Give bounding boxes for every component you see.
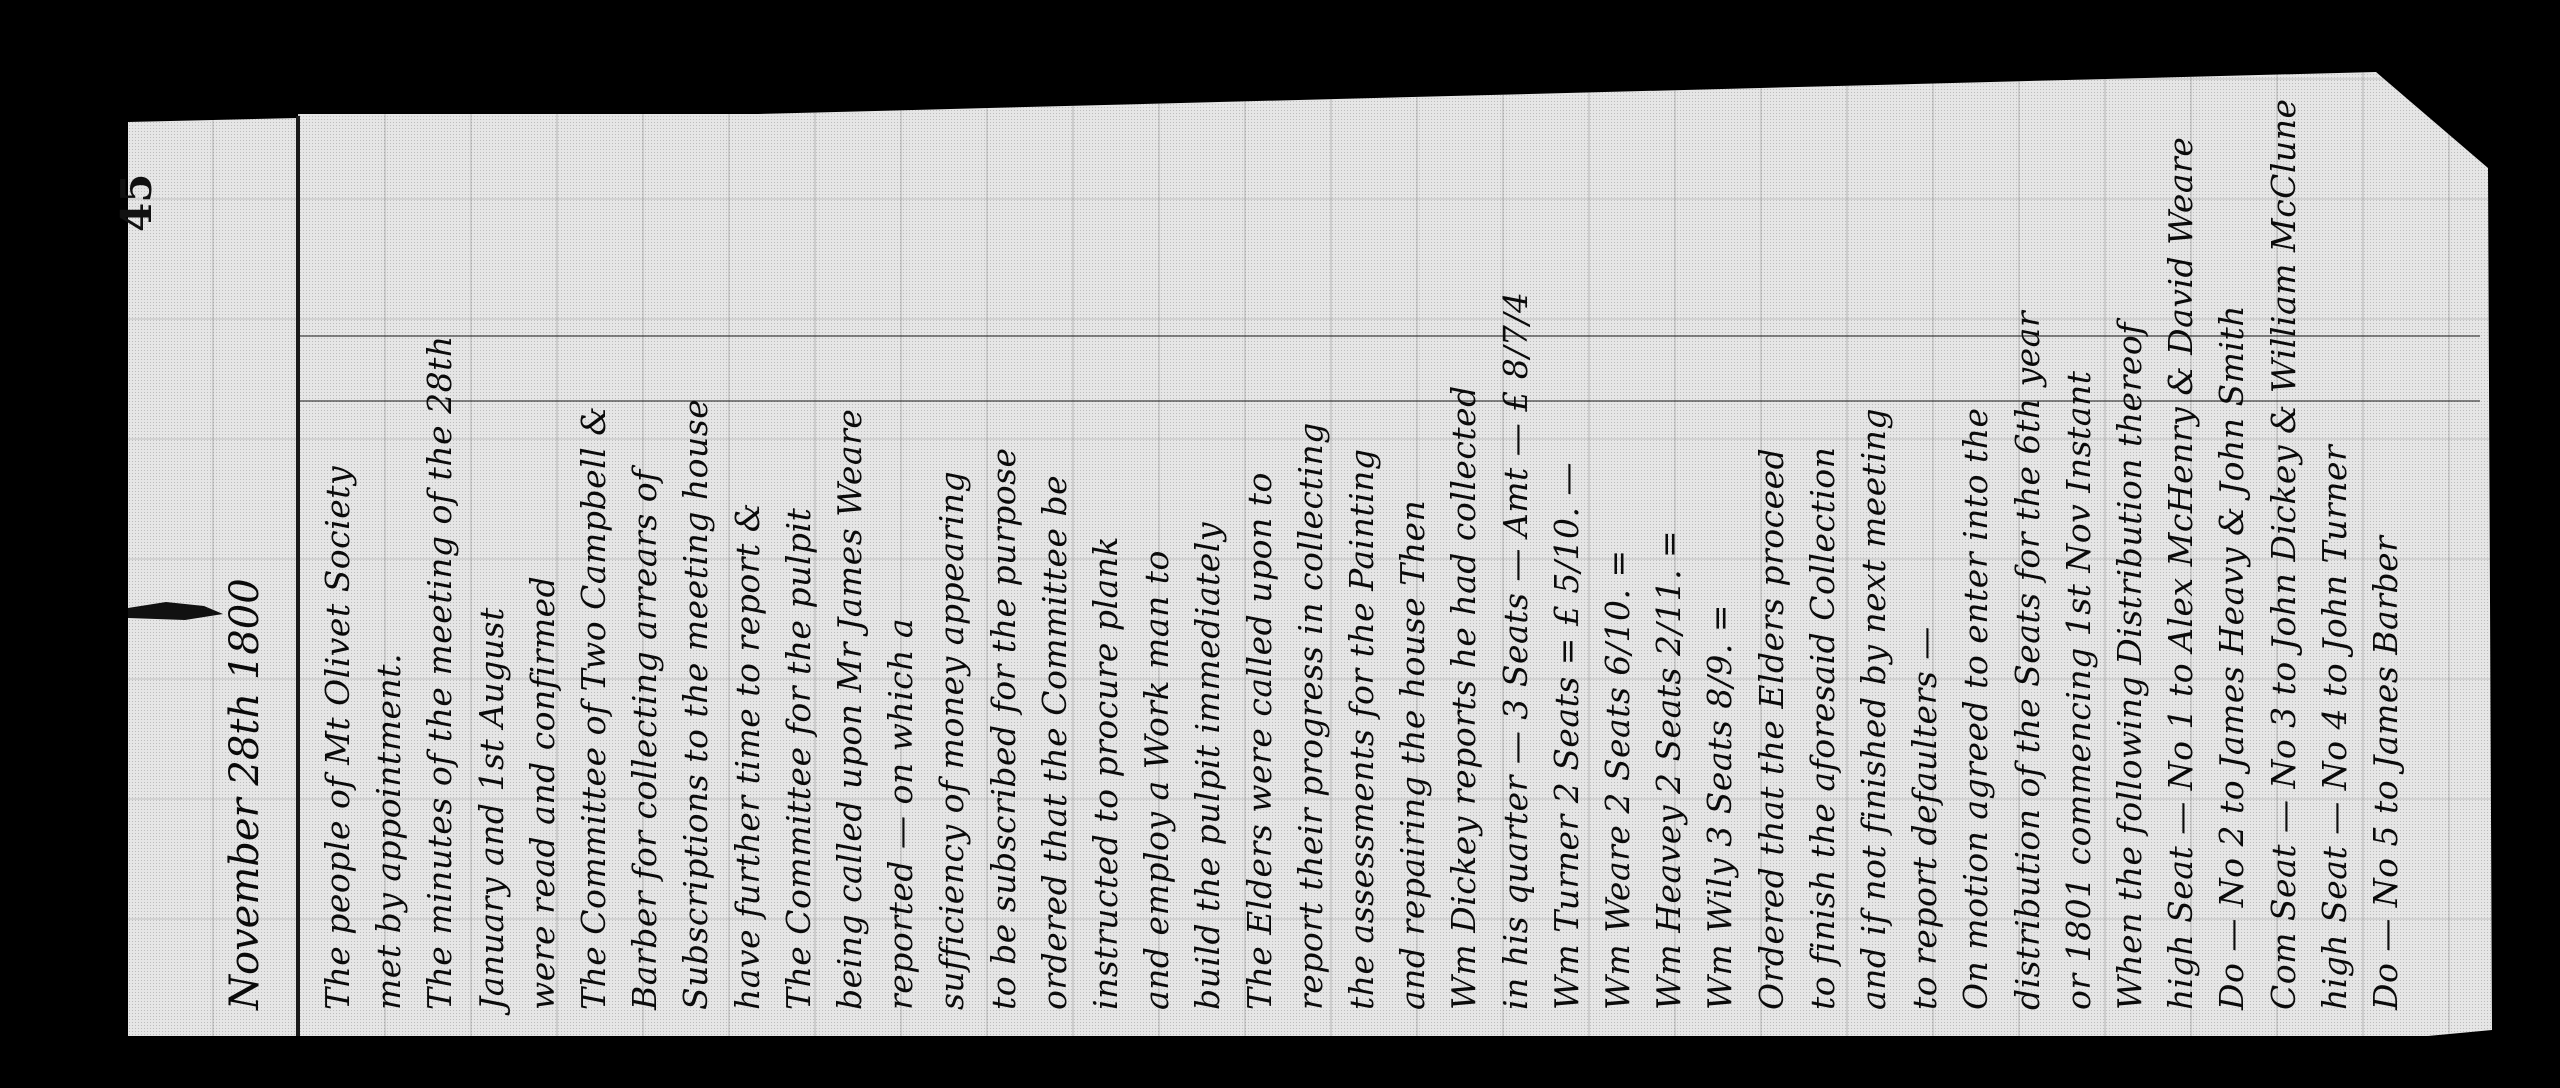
handwritten-line: were read and confirmed <box>523 576 562 1010</box>
handwritten-line: Com Seat — No 3 to John Dickey & William… <box>2264 98 2303 1010</box>
handwritten-line: report their progress in collecting <box>1291 422 1330 1010</box>
margin-rule <box>296 116 300 1036</box>
handwritten-line: Ordered that the Elders proceed <box>1752 448 1791 1010</box>
handwritten-line: The Elders were called upon to <box>1240 472 1279 1010</box>
handwritten-line: build the pulpit immediately <box>1188 522 1227 1010</box>
handwritten-line: The minutes of the meeting of the 28th <box>420 335 459 1010</box>
handwritten-line: The Committee of Two Campbell & <box>574 406 613 1010</box>
handwritten-line: being called upon Mr James Weare <box>830 409 869 1010</box>
handwritten-line: in his quarter — 3 Seats — Amt — £ 8/7/4 <box>1496 292 1535 1010</box>
ruled-line <box>300 400 2480 402</box>
handwritten-line: and repairing the house Then <box>1393 500 1432 1010</box>
handwritten-line: reported — on which a <box>881 618 920 1010</box>
handwritten-line: to be subscribed for the purpose <box>984 447 1023 1010</box>
handwritten-line: Wm Weare 2 Seats 6/10. = <box>1598 549 1637 1010</box>
handwritten-line: Do — No 2 to James Heavy & John Smith <box>2212 305 2251 1010</box>
handwritten-line: Barber for collecting arrears of <box>625 469 664 1010</box>
handwritten-line: Wm Wily 3 Seats 8/9. = <box>1700 604 1739 1010</box>
handwritten-line: Wm Heavey 2 Seats 2/11. = <box>1649 530 1688 1010</box>
handwritten-line: Do — No 5 to James Barber <box>2366 536 2405 1010</box>
handwritten-line: ordered that the Committee be <box>1035 475 1074 1010</box>
handwritten-line: When the following Distribution thereof <box>2110 322 2149 1010</box>
handwritten-line: On motion agreed to enter into the <box>1956 407 1995 1010</box>
handwritten-line: Subscriptions to the meeting house <box>676 399 715 1010</box>
handwritten-line: instructed to procure plank <box>1086 536 1125 1010</box>
handwritten-line: Wm Turner 2 Seats = £ 5/10. — <box>1547 462 1586 1010</box>
handwritten-line: high Seat — No 4 to John Turner <box>2315 445 2354 1010</box>
handwritten-line: January and 1st August <box>472 607 511 1010</box>
handwritten-line: to report defaulters — <box>1905 626 1944 1010</box>
handwritten-line: Wm Dickey reports he had collected <box>1444 385 1483 1010</box>
handwritten-line: high Seat — No 1 to Alex McHenry & David… <box>2161 137 2200 1010</box>
handwritten-line: The people of Mt Olivet Society <box>318 466 357 1010</box>
handwritten-line: met by appointment. <box>369 653 408 1010</box>
handwritten-line: the assessments for the Painting <box>1342 448 1381 1010</box>
handwritten-line: or 1801 commencing 1st Nov Instant <box>2059 371 2098 1010</box>
entry-date: November 28th 1800 <box>222 578 268 1010</box>
handwritten-line: The Committee for the pulpit <box>779 508 818 1010</box>
handwritten-line: distribution of the Seats for the 6th ye… <box>2008 311 2047 1010</box>
ruled-line <box>300 335 2480 337</box>
handwritten-line: sufficiency of money appearing <box>932 471 971 1010</box>
handwritten-line: and if not finished by next meeting <box>1854 408 1893 1010</box>
handwritten-line: and employ a Work man to <box>1137 550 1176 1010</box>
page-number: 45 <box>112 174 161 232</box>
handwritten-line: have further time to report & <box>728 502 767 1010</box>
handwritten-line: to finish the aforesaid Collection <box>1803 447 1842 1010</box>
